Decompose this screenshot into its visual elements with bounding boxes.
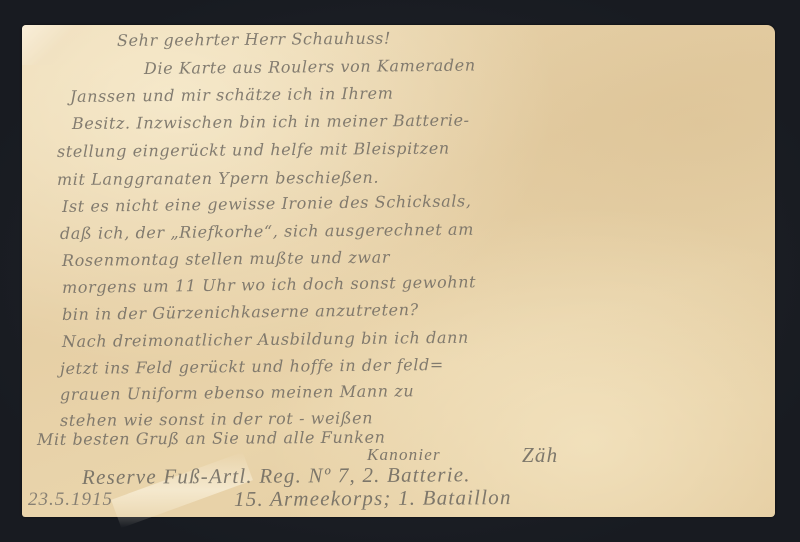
body-line-5: mit Langgranaten Ypern beschießen. [57,168,379,189]
body-line-7: daß ich, der „Riefkorhe“, sich ausgerech… [60,220,474,243]
signature-name: Zäh [522,443,558,468]
postcard: Sehr geehrter Herr Schauhuss! Die Karte … [22,25,775,517]
body-line-11: Nach dreimonatlicher Ausbildung bin ich … [62,328,469,351]
body-line-10: bin in der Gürzenichkaserne anzutreten? [62,300,419,324]
body-line-1: Die Karte aus Roulers von Kameraden [144,56,476,78]
body-line-2: Janssen und mir schätze ich in Ihrem [70,84,394,106]
greeting-line: Sehr geehrter Herr Schauhuss! [117,29,391,50]
closing-line: Mit besten Gruß an Sie und alle Funken [37,428,386,449]
body-line-6: Ist es nicht eine gewisse Ironie des Sch… [62,191,472,216]
body-line-9: morgens um 11 Uhr wo ich doch sonst gewo… [62,272,476,297]
body-line-8: Rosenmontag stellen mußte und zwar [62,248,390,270]
body-line-4: stellung eingerückt und helfe mit Bleisp… [57,139,450,161]
body-line-13: grauen Uniform ebenso meinen Mann zu [60,381,414,404]
torn-corner [22,25,92,65]
date-written: 23.5.1915 [28,489,113,511]
body-line-3: Besitz. Inzwischen bin ich in meiner Bat… [72,111,470,133]
body-line-14: stehen wie sonst in der rot - weißen [60,408,373,430]
unit-line-corps: 15. Armeekorps; 1. Bataillon [234,485,512,512]
body-line-12: jetzt ins Feld gerückt und hoffe in der … [60,355,444,378]
